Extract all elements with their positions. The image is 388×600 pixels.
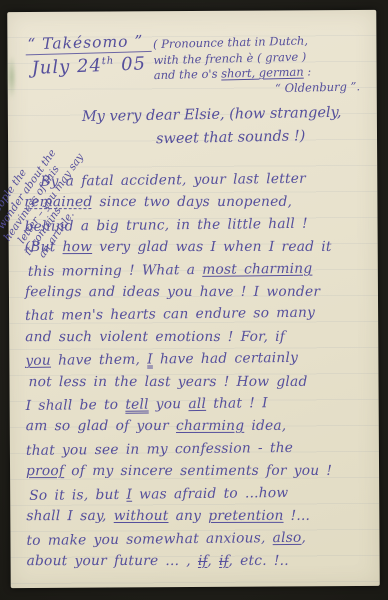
text-segment: and the o's [154,67,222,83]
handwritten-line: remained since two days unopened, [24,191,372,214]
underlined-word: all [188,396,206,412]
date-ordinal-suffix: th [102,56,115,68]
handwritten-line: proof of my sincere sentiments for you ! [26,460,374,483]
salutation-continued: sweet that sounds !) [156,128,306,147]
handwritten-line: and such violent emotions ! For, if [25,326,373,349]
text-segment: any [169,508,209,524]
underlined-word: charming [176,418,244,434]
handwritten-line: that men's hearts can endure so many [25,301,373,327]
text-segment: not less in the last years ! How glad [28,374,307,390]
letter-date: July 24th 05 [31,53,146,79]
text-segment: very glad was I when I read it [92,239,331,255]
underlined-word: most charming [202,260,312,277]
salutation: My very dear Elsie, (how strangely, [82,105,342,125]
text-segment: am so glad of your [26,418,176,434]
handwritten-line: shall I say, without any pretention !... [26,505,374,528]
photo-frame: “ Takésomo ” July 24th 05 ( Pronounce th… [0,0,388,600]
date-day: July 24 [31,55,102,79]
text-segment: that ! I [206,395,268,412]
text-segment: I shall be to [26,397,126,414]
handwritten-line: feelings and ideas you have ! I wonder [25,281,373,304]
text-segment: was afraid to ...how [132,485,288,503]
letter-body: By a fatal accident, your last letterrem… [24,168,374,573]
handwritten-line: that you see in my confession - the [26,436,374,462]
text-segment: !... [284,508,311,524]
text-segment: , [301,529,306,545]
text-segment: behind a big trunc, in the little hall ! [24,216,307,235]
handwritten-line: I shall be to tell you all that ! I [26,391,374,417]
underlined-word: pretention [208,508,283,524]
pronunciation-note: ( Pronounce that in Dutch,with the frenc… [153,32,372,99]
text-segment: ( Pronounce that in Dutch, [153,33,308,51]
text-segment: “ Oldenburg ”. [275,79,360,95]
underlined-word: if [198,553,207,569]
underlined-word: proof [26,463,64,479]
underlined-word: you [25,353,51,369]
underlined-word: remained [24,194,92,210]
text-segment: shall I say, [26,508,113,524]
text-segment: feelings and ideas you have ! I wonder [25,284,320,300]
text-segment: to make you somewhat anxious, [26,530,272,549]
date-year: 05 [114,53,146,75]
text-segment: and such violent emotions ! For, if [25,329,285,345]
underlined-word: short, german [221,65,304,81]
underlined-word: tell [125,397,149,413]
text-segment: (But [25,239,63,255]
handwritten-line: So it is, but I was afraid to ...how [29,481,374,507]
text-segment: : [303,64,311,78]
text-segment: , [207,553,219,569]
handwritten-line: am so glad of your charming idea, [26,415,374,438]
underlined-word: how [63,239,93,255]
underlined-word: without [114,508,169,524]
text-segment: have had certainly [153,350,298,368]
handwritten-line: behind a big trunc, in the little hall ! [24,212,372,238]
text-segment: about your future ... , [27,553,198,569]
text-segment: you [149,396,189,412]
text-segment: So it is, but [29,486,126,503]
text-segment: of my sincere sentiments for you ! [64,463,332,479]
text-segment: this morning ! What a [28,262,203,280]
text-segment: that you see in my confession - the [26,440,293,459]
handwritten-line: By a fatal accident, your last letter [24,167,372,193]
text-segment: that men's hearts can endure so many [25,305,315,324]
green-ink-smudge [5,46,17,108]
text-segment: By a fatal accident, your last letter [40,171,306,190]
letter-place-heading: “ Takésomo ” [25,32,151,55]
handwritten-line: (But how very glad was I when I read it [25,236,373,259]
text-segment: with the french è ( grave ) [153,49,306,67]
letter-paper: “ Takésomo ” July 24th 05 ( Pronounce th… [7,10,380,588]
handwritten-line: to make you somewhat anxious, also, [26,525,374,551]
text-segment: idea, [244,418,286,434]
handwritten-line: about your future ... , if, if, etc. !.. [27,550,375,573]
text-segment: , etc. !.. [228,553,288,569]
handwritten-line: you have them, I have had certainly [25,346,373,372]
handwritten-line: this morning ! What a most charming [28,257,373,283]
underlined-word: also [273,529,302,545]
handwritten-line: not less in the last years ! How glad [28,370,373,393]
text-segment: have them, [51,352,147,369]
underlined-word: if [219,553,228,569]
text-segment: since two days unopened, [92,194,292,210]
